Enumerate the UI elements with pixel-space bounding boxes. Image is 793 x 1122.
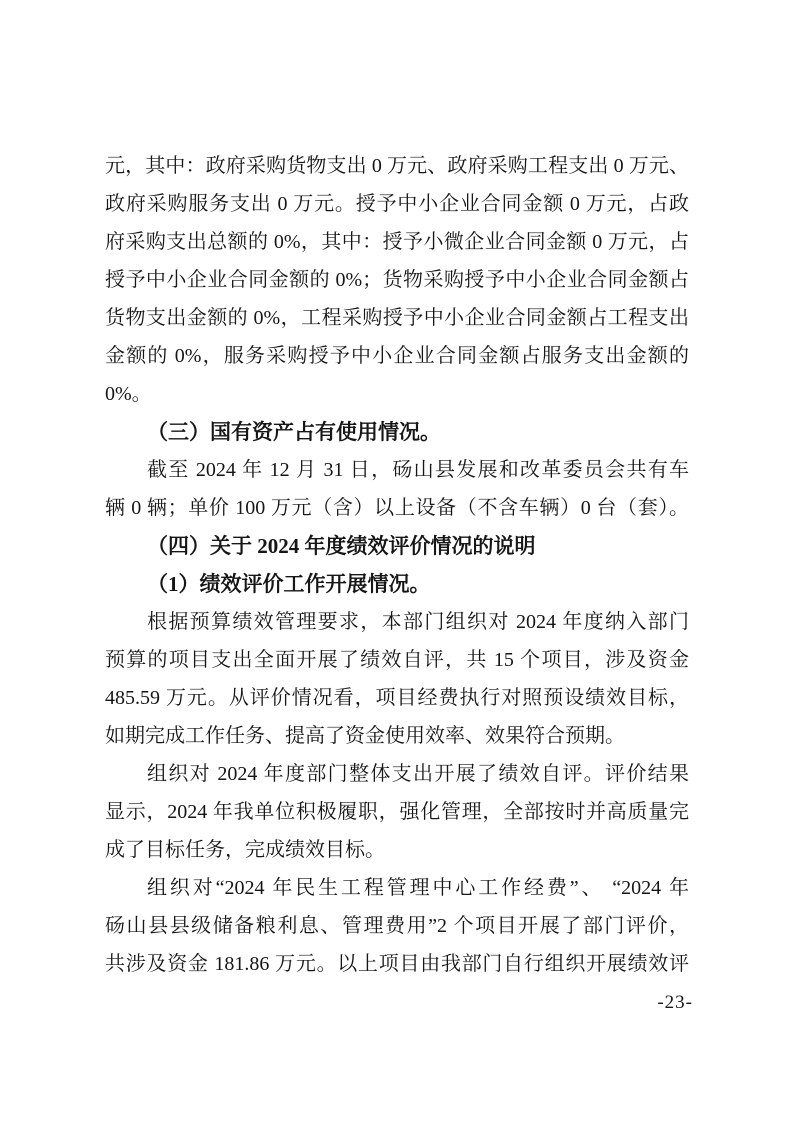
text-line: 预算的项目支出全面开展了绩效自评，共 15 个项目，涉及资金 [105, 641, 689, 679]
text-line: 元，其中：政府采购货物支出 0 万元、政府采购工程支出 0 万元、 [105, 147, 689, 185]
text-line: 共涉及资金 181.86 万元。以上项目由我部门自行组织开展绩效评 [105, 945, 689, 983]
text-line: 府采购支出总额的 0%，其中：授予小微企业合同金额 0 万元，占 [105, 223, 689, 261]
document-page: 元，其中：政府采购货物支出 0 万元、政府采购工程支出 0 万元、政府采购服务支… [0, 0, 793, 1122]
text-line: 截至 2024 年 12 月 31 日，砀山县发展和改革委员会共有车 [105, 451, 689, 489]
text-line: 辆 0 辆；单价 100 万元（含）以上设备（不含车辆）0 台（套）。 [105, 489, 689, 527]
text-line: 如期完成工作任务、提高了资金使用效率、效果符合预期。 [105, 717, 689, 755]
heading-line: （1）绩效评价工作开展情况。 [105, 565, 689, 603]
text-line: 485.59 万元。从评价情况看，项目经费执行对照预设绩效目标， [105, 679, 689, 717]
text-line: 政府采购服务支出 0 万元。授予中小企业合同金额 0 万元，占政 [105, 185, 689, 223]
text-line: 组织对 2024 年度部门整体支出开展了绩效自评。评价结果 [105, 755, 689, 793]
text-line: 显示，2024 年我单位积极履职，强化管理，全部按时并高质量完 [105, 793, 689, 831]
text-line: 金额的 0%，服务采购授予中小企业合同金额占服务支出金额的 [105, 337, 689, 375]
text-line: 0%。 [105, 375, 689, 413]
text-line: 组织对“2024 年民生工程管理中心工作经费”、 “2024 年 [105, 869, 689, 907]
document-body: 元，其中：政府采购货物支出 0 万元、政府采购工程支出 0 万元、政府采购服务支… [105, 147, 689, 983]
text-line: 成了目标任务，完成绩效目标。 [105, 831, 689, 869]
page-number: -23- [657, 992, 693, 1014]
heading-line: （三）国有资产占有使用情况。 [105, 413, 689, 451]
heading-line: （四）关于 2024 年度绩效评价情况的说明 [105, 527, 689, 565]
text-line: 砀山县县级储备粮利息、管理费用”2 个项目开展了部门评价， [105, 907, 689, 945]
text-line: 授予中小企业合同金额的 0%；货物采购授予中小企业合同金额占 [105, 261, 689, 299]
text-line: 根据预算绩效管理要求，本部门组织对 2024 年度纳入部门 [105, 603, 689, 641]
text-line: 货物支出金额的 0%，工程采购授予中小企业合同金额占工程支出 [105, 299, 689, 337]
